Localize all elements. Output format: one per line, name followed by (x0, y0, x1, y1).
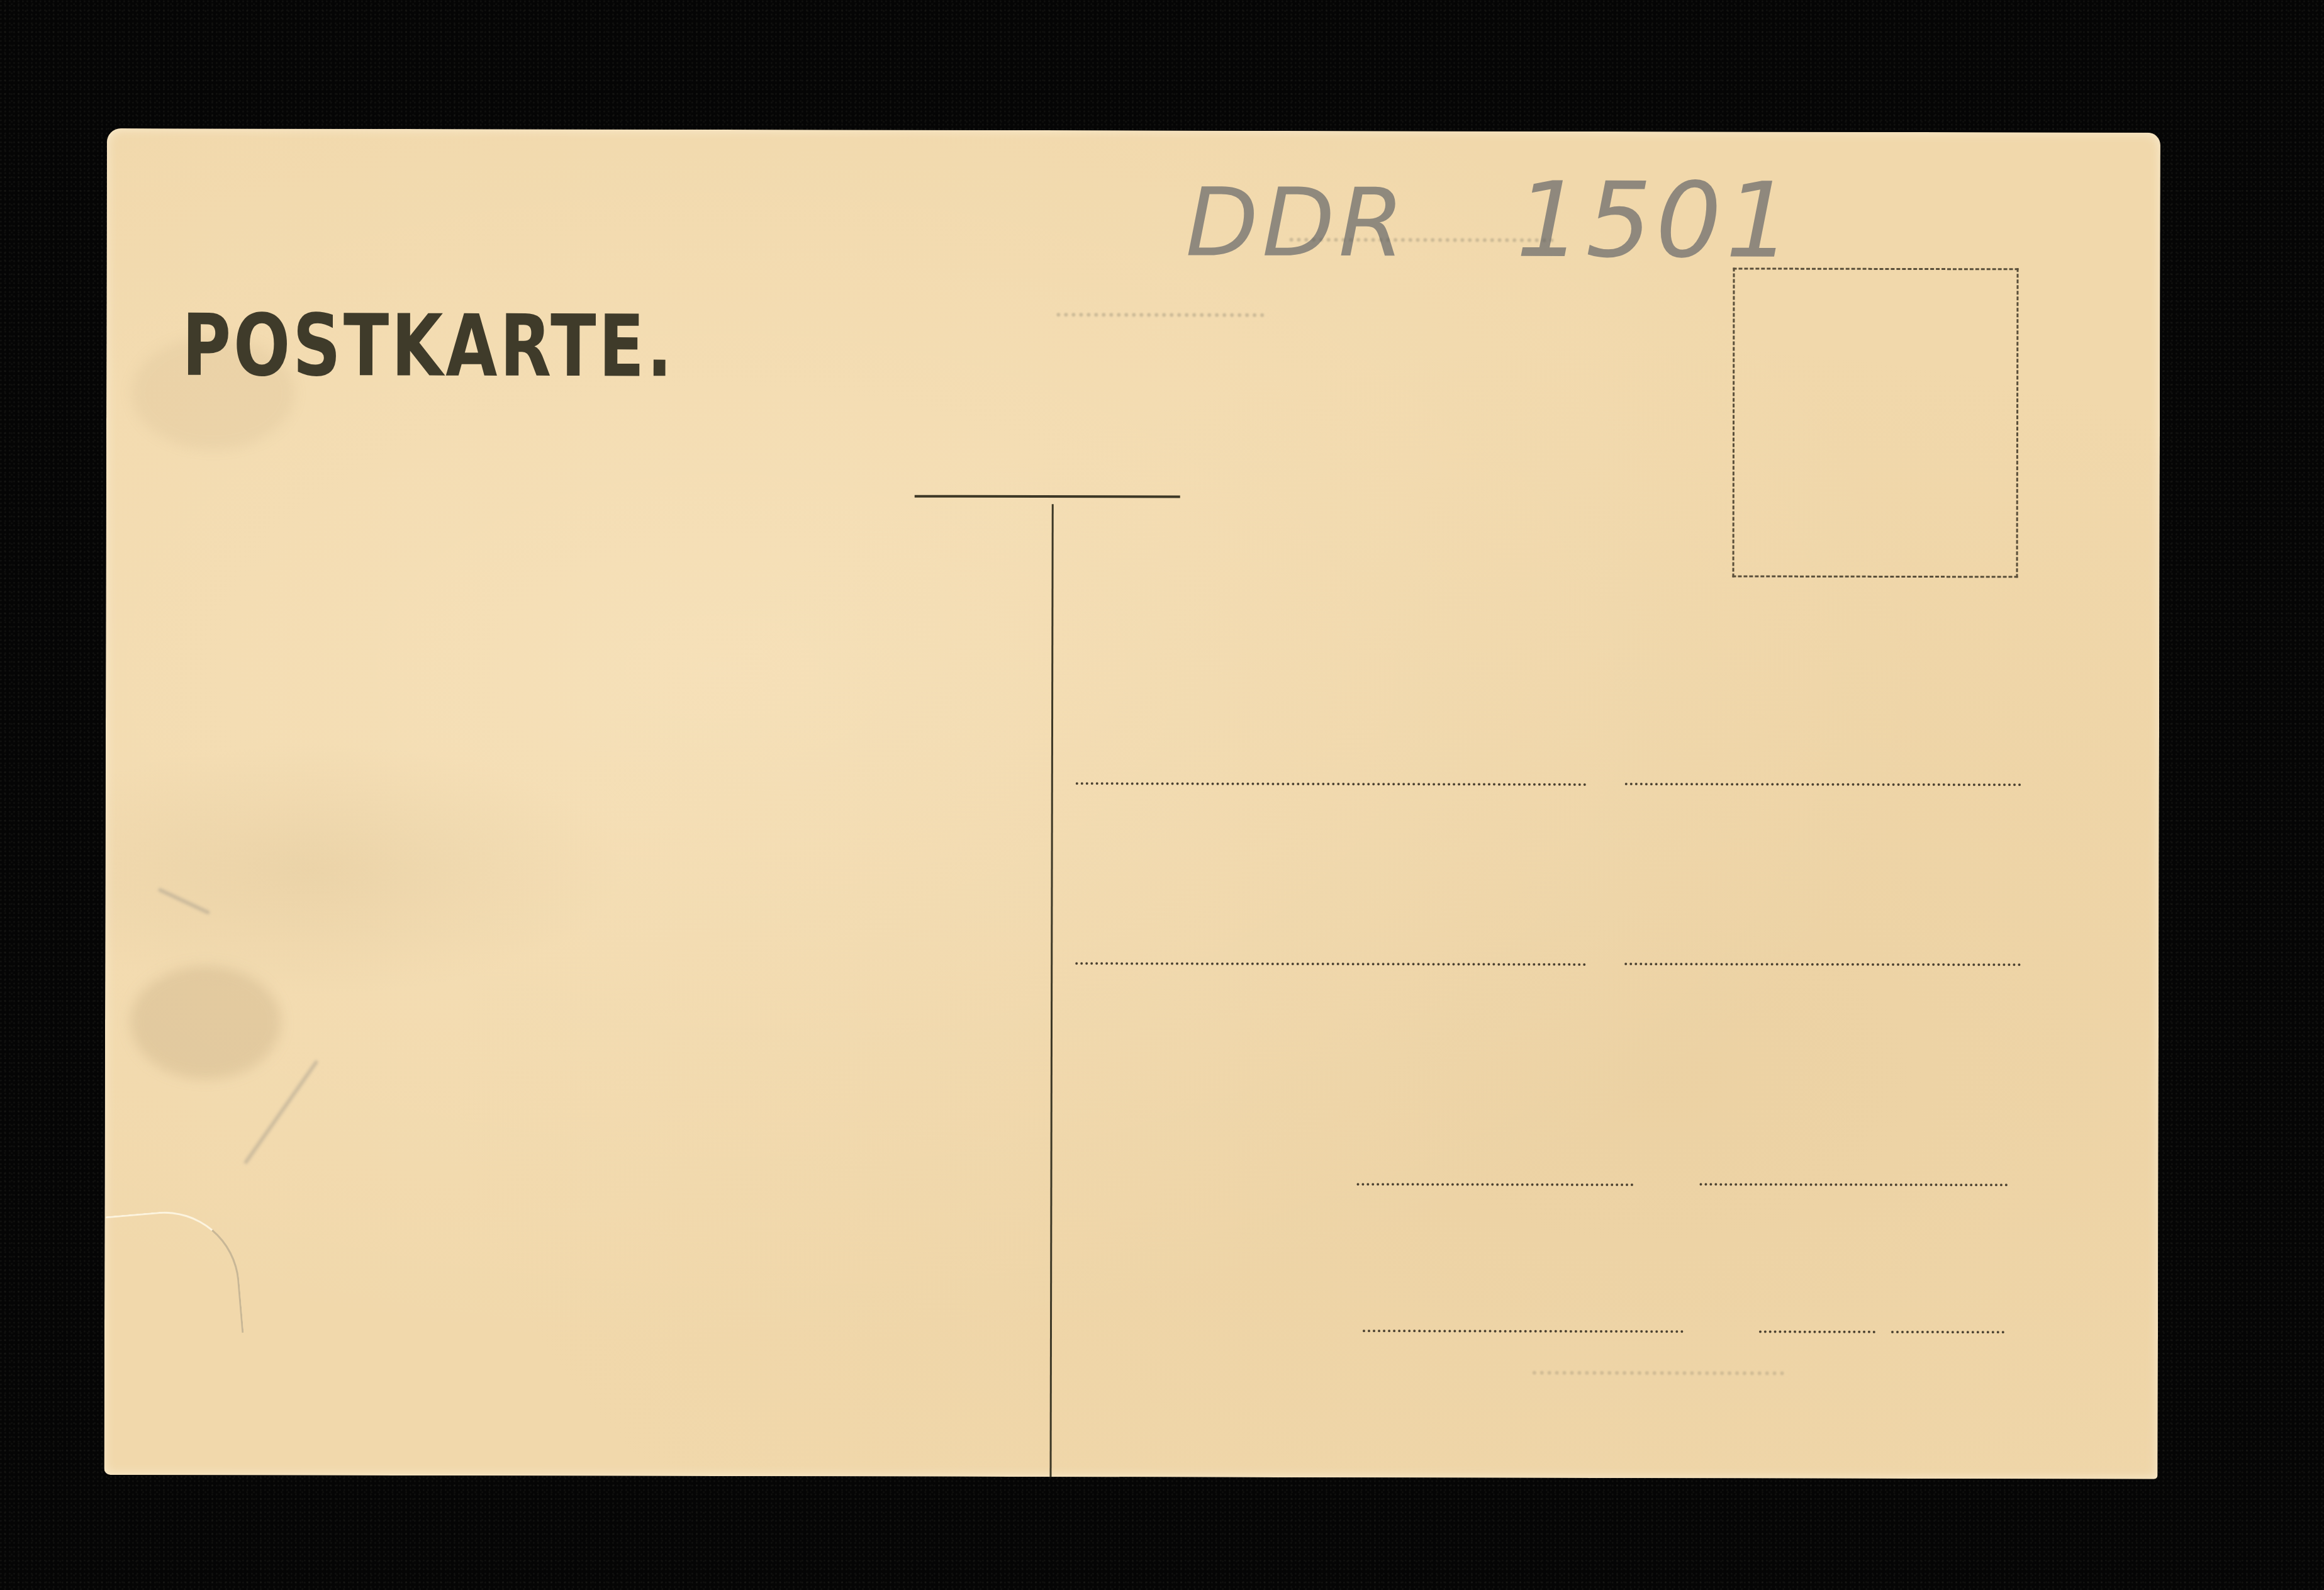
pencil-annotation-ddr: DDR (1186, 169, 1409, 279)
address-line-4b (1759, 1331, 1875, 1333)
postcard-back: POSTKARTE. DDR 1501 (104, 128, 2160, 1479)
address-line-3b (1699, 1183, 2008, 1186)
postkarte-heading: POSTKARTE. (182, 295, 674, 396)
divider-line (1050, 504, 1054, 1477)
divider-top-bar (915, 495, 1180, 498)
address-line-1a (1076, 782, 1587, 786)
pencil-annotation-number: 1501 (1516, 160, 1795, 281)
pencil-streak (157, 887, 210, 915)
address-line-2a (1075, 962, 1586, 966)
show-through-print (1056, 313, 1264, 326)
pencil-streak (243, 1060, 319, 1165)
address-line-2b (1624, 963, 2021, 966)
stain (130, 965, 281, 1079)
address-line-4a (1363, 1330, 1684, 1333)
address-line-3a (1356, 1183, 1633, 1186)
torn-edge (106, 1206, 244, 1344)
show-through-print (1533, 1371, 1784, 1384)
address-line-1b (1625, 783, 2021, 786)
stamp-box (1733, 267, 2019, 578)
address-line-4c (1891, 1331, 2004, 1333)
show-through-print (1290, 238, 1554, 251)
